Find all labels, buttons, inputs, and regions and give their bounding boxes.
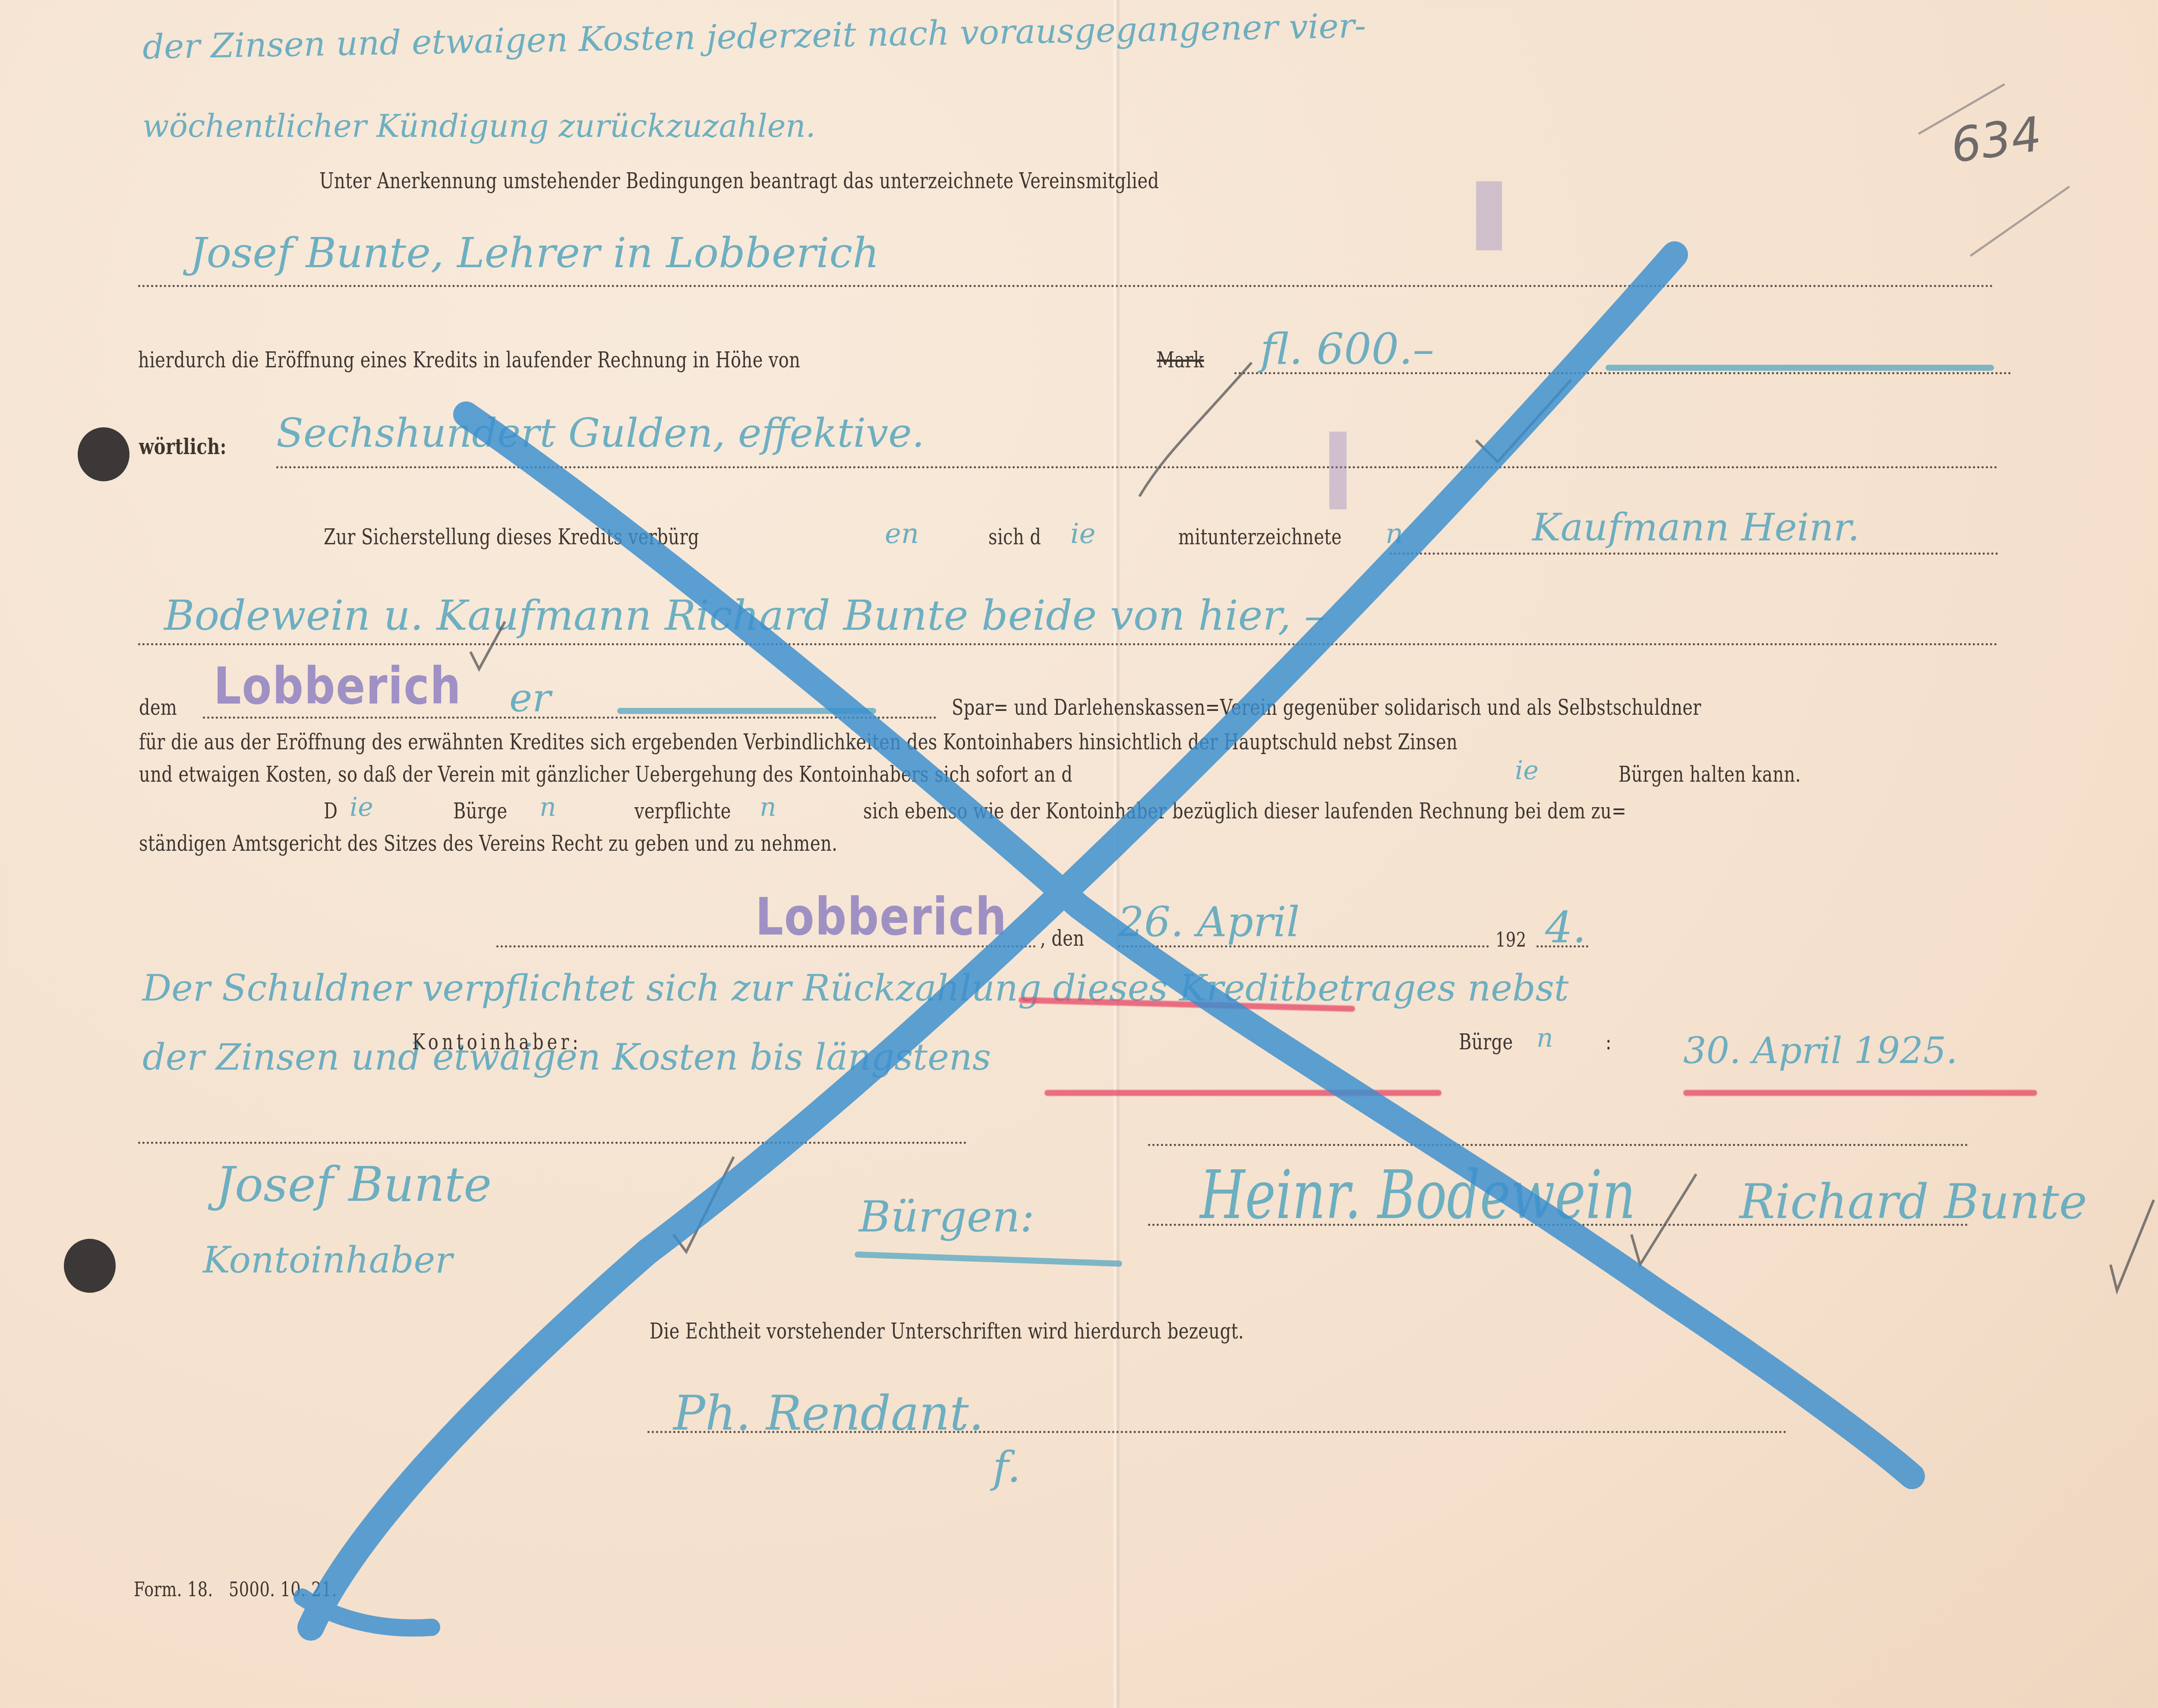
year-field-line bbox=[1536, 945, 1588, 947]
body-line-3: Bürgen halten kann. bbox=[1618, 762, 1801, 787]
form-number: Form. 18. 5000. 10. 21. bbox=[134, 1578, 337, 1601]
guarantee-part-3: mitunterzeichnete bbox=[1178, 524, 1342, 549]
intro-line: Unter Anerkennung umstehender Bedingunge… bbox=[319, 168, 1159, 193]
applicant-field-line bbox=[138, 285, 1994, 287]
date-field-line bbox=[1118, 945, 1489, 947]
guarantor-signature-line-1 bbox=[1148, 1144, 1968, 1146]
check-mark-icon bbox=[2111, 1200, 2154, 1291]
check-mark-icon bbox=[1631, 1174, 1696, 1265]
pencil-number: 634 bbox=[1947, 106, 2045, 174]
guarantor-1-signature: Heinr. Bodewein bbox=[1200, 1156, 1635, 1234]
handwritten-top-line-1: der Zinsen und etwaigen Kosten jederzeit… bbox=[142, 6, 1366, 66]
guarantee-part-1: Zur Sicherstellung dieses Kredits verbür… bbox=[324, 524, 699, 549]
dem-line-rest: Spar= und Darlehenskassen=Verein gegenüb… bbox=[952, 695, 1701, 720]
guarantors-label: Bürgen: bbox=[859, 1191, 1035, 1242]
pencil-check-marks bbox=[470, 363, 2154, 1291]
jurisdiction-fill-2: n bbox=[539, 792, 556, 822]
woertlich-label: wörtlich: bbox=[139, 434, 227, 459]
jurisdiction-part-2: Bürge bbox=[453, 799, 508, 824]
body-fill: ie bbox=[1515, 755, 1539, 786]
credit-line-text: hierdurch die Eröffnung eines Kredits in… bbox=[138, 347, 800, 373]
cross-stroke-tail bbox=[302, 1597, 432, 1628]
deadline: 30. April 1925. bbox=[1683, 1029, 1958, 1072]
handwritten-clause-1: Der Schuldner verpflichtet sich zur Rück… bbox=[142, 967, 1569, 1009]
account-holder-signature: Josef Bunte bbox=[216, 1157, 492, 1212]
dem-fill-stroke bbox=[617, 708, 876, 714]
check-mark-icon bbox=[1476, 380, 1571, 462]
authenticity-line: Die Echtheit vorstehender Unterschriften… bbox=[650, 1319, 1244, 1344]
red-underline-3 bbox=[1683, 1090, 2037, 1096]
handwritten-top-line-2: wöchentlicher Kündigung zurückzuzahlen. bbox=[142, 108, 816, 144]
guarantors-field-line bbox=[138, 643, 1998, 645]
check-mark-icon bbox=[673, 1157, 734, 1252]
year-prefix: 192 bbox=[1495, 928, 1526, 951]
body-line-2: und etwaigen Kosten, so daß der Verein m… bbox=[139, 762, 1073, 787]
punch-hole-bottom bbox=[64, 1239, 116, 1293]
lobberich-stamp: Lobberich bbox=[214, 656, 461, 716]
jurisdiction-part-1: D bbox=[324, 799, 338, 824]
place-stamp: Lobberich bbox=[755, 887, 1007, 947]
punch-hole-top bbox=[78, 427, 129, 481]
pencil-stroke bbox=[1139, 363, 1252, 496]
dem-label: dem bbox=[139, 695, 177, 720]
woertlich-field-line bbox=[276, 466, 1998, 468]
woertlich-value: Sechshundert Gulden, effektive. bbox=[276, 410, 924, 456]
red-underline-2 bbox=[1044, 1090, 1442, 1096]
jurisdiction-line-2: ständigen Amtsgericht des Sitzes des Ver… bbox=[139, 831, 837, 856]
den-label: , den bbox=[1040, 926, 1084, 951]
guarantee-field-line bbox=[1390, 552, 1998, 555]
account-holder-signature-line bbox=[138, 1142, 967, 1144]
guarantee-part-2: sich d bbox=[988, 524, 1041, 549]
date-handwritten: 26. April bbox=[1118, 898, 1300, 946]
crayon-cross-out bbox=[302, 255, 1912, 1628]
account-holder-role: Kontoinhaber bbox=[203, 1239, 452, 1281]
label-colon: : bbox=[1606, 1029, 1612, 1054]
guarantors-underline bbox=[855, 1251, 1122, 1267]
label-guarantor: Bürge bbox=[1459, 1029, 1513, 1054]
credit-amount: fl. 600.– bbox=[1260, 324, 1434, 374]
guarantee-fill-1: en bbox=[885, 518, 919, 550]
stamp-suffix: er bbox=[509, 676, 551, 721]
witness-initial: f. bbox=[993, 1442, 1021, 1492]
guarantors-line-2: Bodewein u. Kaufmann Richard Bunte beide… bbox=[164, 591, 1325, 640]
amount-fill-stroke bbox=[1606, 365, 1994, 371]
jurisdiction-fill-1: ie bbox=[350, 792, 373, 822]
struck-currency: Mark bbox=[1157, 347, 1204, 373]
guarantor-2-signature: Richard Bunte bbox=[1739, 1174, 2087, 1229]
guarantor-continuation: Kaufmann Heinr. bbox=[1532, 505, 1860, 549]
dem-field-line bbox=[203, 717, 937, 719]
guarantee-fill-2: ie bbox=[1070, 518, 1095, 550]
body-line-1: für die aus der Eröffnung des erwähnten … bbox=[139, 729, 1458, 755]
jurisdiction-part-3: verpflichte bbox=[634, 799, 731, 824]
label-account-holder: Kontoinhaber: bbox=[412, 1029, 582, 1054]
pencil-stroke bbox=[1970, 186, 2070, 257]
place-field-line bbox=[496, 945, 1036, 947]
guarantee-fill-3: n bbox=[1385, 518, 1403, 550]
guarantee-line: Zur Sicherstellung dieses Kredits verbür… bbox=[324, 524, 793, 549]
amount-field-line bbox=[1234, 372, 2011, 374]
jurisdiction-fill-3: n bbox=[760, 792, 776, 822]
jurisdiction-part-4: sich ebenso wie der Kontoinhaber bezügli… bbox=[863, 799, 1626, 824]
witness-signature-line bbox=[647, 1431, 1787, 1433]
guarantor-fill: n bbox=[1536, 1023, 1553, 1053]
applicant-name: Josef Bunte, Lehrer in Lobberich bbox=[190, 229, 879, 277]
